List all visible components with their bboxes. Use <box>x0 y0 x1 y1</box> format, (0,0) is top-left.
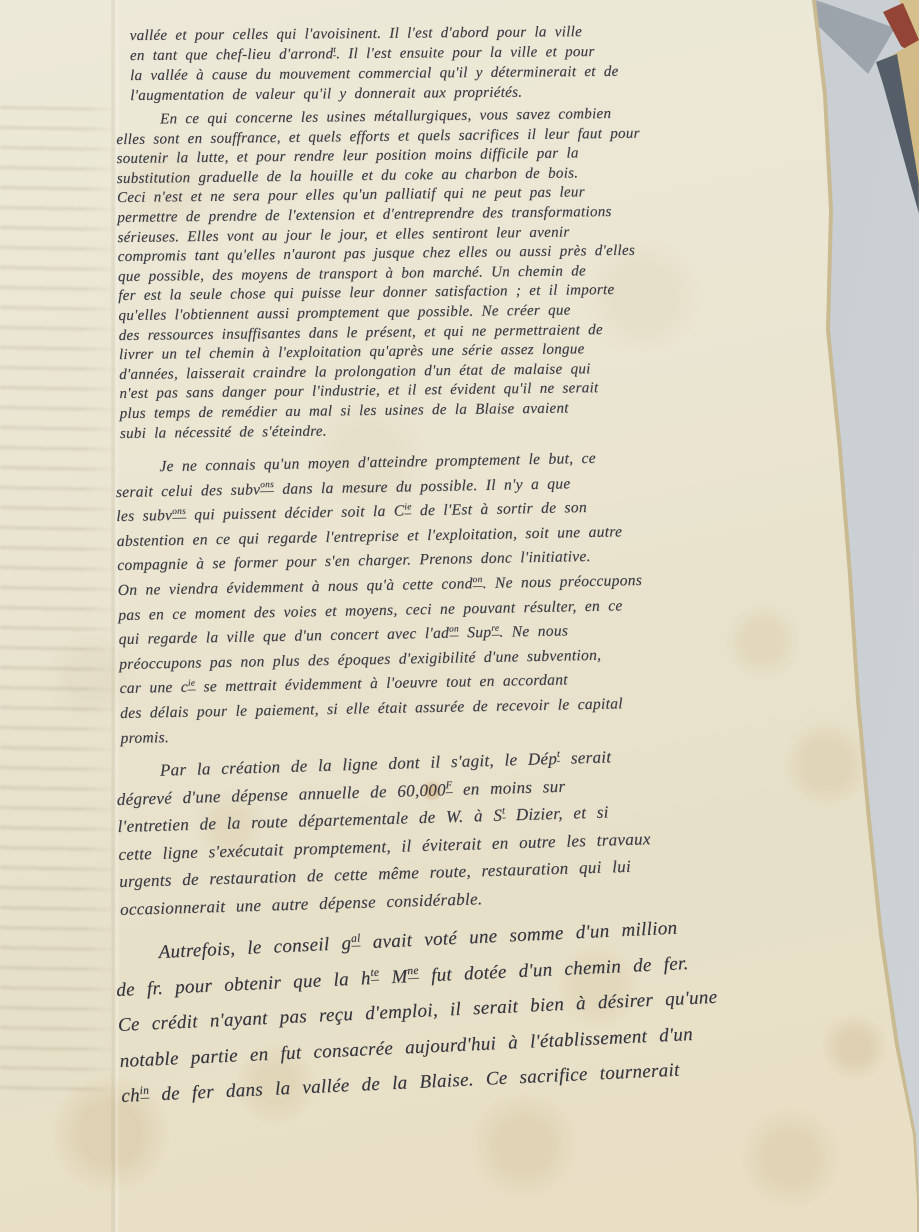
paragraph: En ce qui concerne les usines métallurgi… <box>116 102 820 444</box>
paragraph: vallée et pour celles qui l'avoisinent. … <box>130 20 819 106</box>
paragraph: Autrefois, le conseil gal avait voté une… <box>114 904 822 1114</box>
paragraph: Par la création de la ligne dont il s'ag… <box>116 737 821 923</box>
paragraph: Je ne connais qu'un moyen d'atteindre pr… <box>115 443 821 752</box>
photo-of-manuscript: vallée et pour celles qui l'avoisinent. … <box>0 0 919 1232</box>
show-through-text <box>0 95 118 1105</box>
manuscript-text: vallée et pour celles qui l'avoisinent. … <box>118 26 818 1115</box>
